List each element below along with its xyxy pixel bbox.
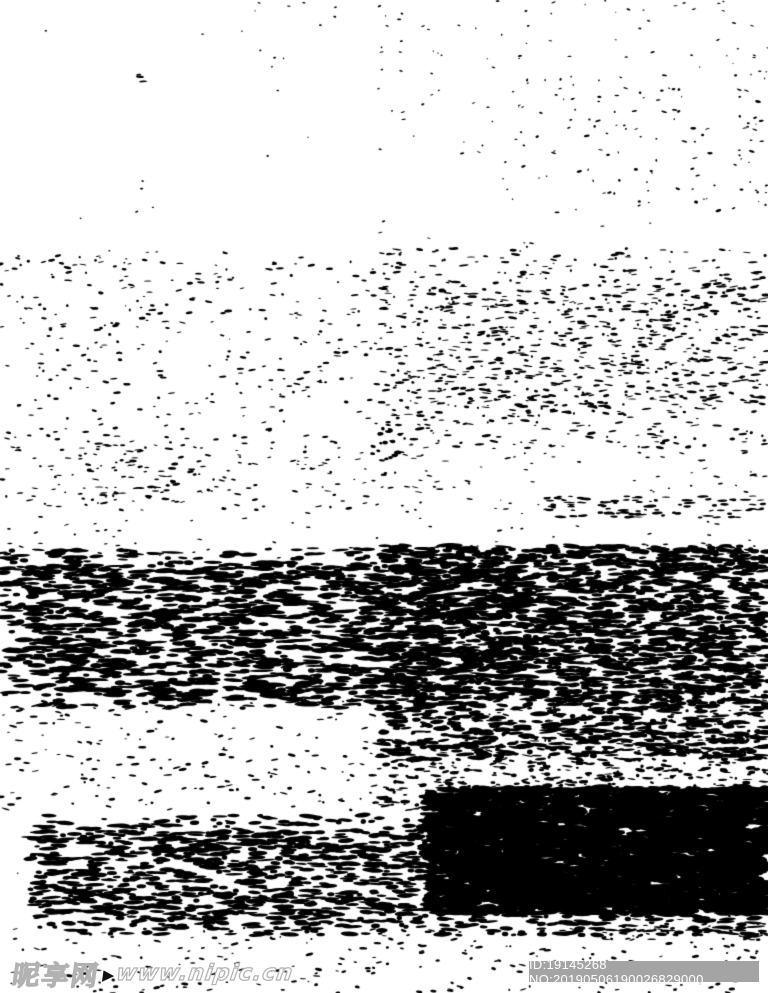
texture-canvas: [0, 0, 768, 993]
grunge-texture-image: 昵享网 ▶ www.nipic.cn ID:19145268 NO:201905…: [0, 0, 768, 993]
image-id-badge: ID:19145268 NO:20190506190026829000: [529, 961, 759, 982]
